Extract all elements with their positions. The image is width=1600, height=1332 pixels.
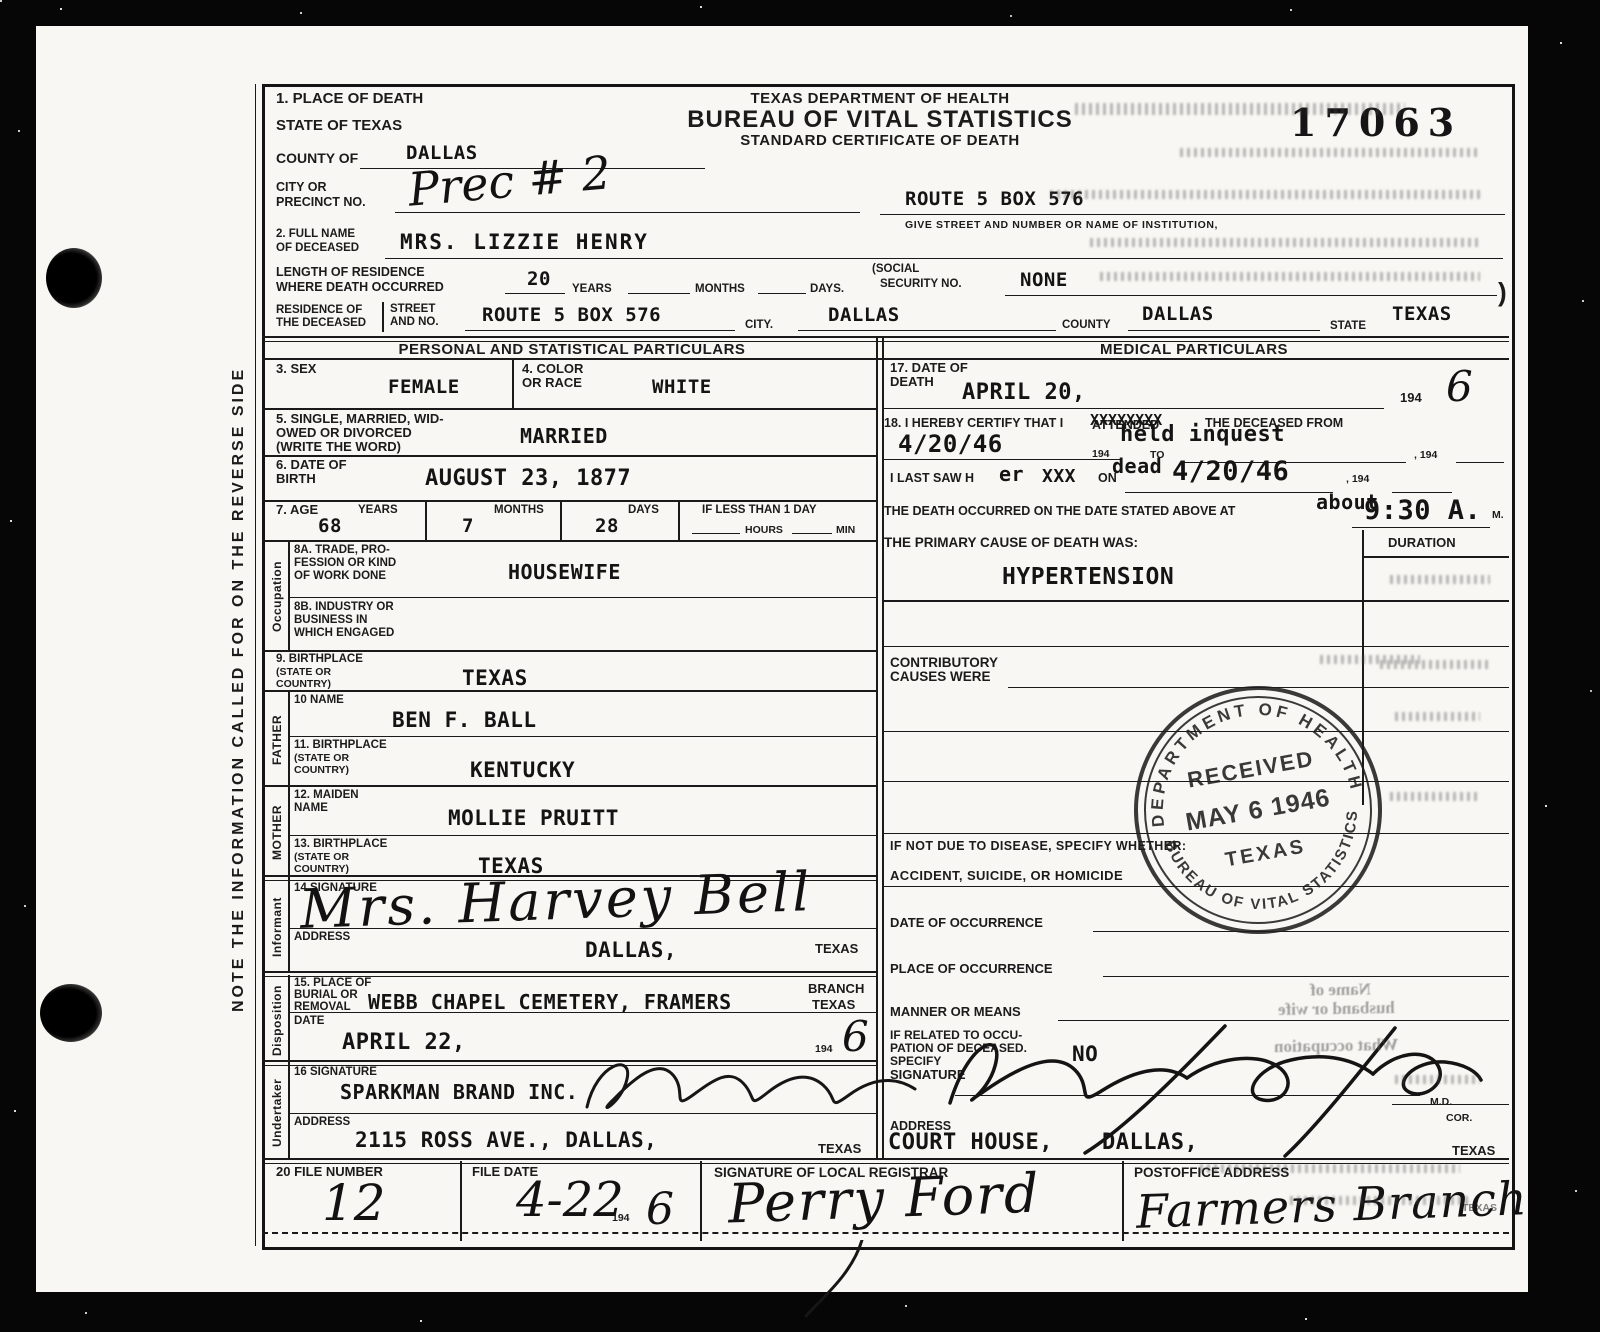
mother-name-label-2: NAME [294,802,328,815]
state2-label: STATE [1330,320,1366,333]
residence-length-label-2: WHERE DEATH OCCURRED [276,280,444,294]
fullname-value: MRS. LIZZIE HENRY [400,232,649,253]
mother-bp-label-3: COUNTRY) [294,863,349,875]
burial-value-2: BRANCH [808,982,864,997]
cause-value: HYPERTENSION [1002,566,1174,589]
father-bp-label-3: COUNTRY) [294,764,349,776]
sex-value: FEMALE [388,378,460,397]
cause-label: THE PRIMARY CAUSE OF DEATH WAS: [884,535,1138,551]
ssn-value: NONE [1020,271,1068,290]
state2-value: TEXAS [1392,305,1452,324]
route-hint: GIVE STREET AND NUMBER OR NAME OF INSTIT… [905,219,1218,231]
age-div-3 [678,500,680,540]
hours-rule [692,533,740,534]
file-date-year-hand: 6 [646,1188,674,1232]
contributory-label-2: CAUSES WERE [890,669,991,685]
father-name-value: BEN F. BALL [392,710,537,731]
scan-noise [1395,1075,1480,1084]
city-rule [395,212,860,213]
year3-rule [1392,492,1452,493]
occ-8a-label-1: 8A. TRADE, PRO- [294,544,390,557]
occurred-time: 9:30 A. [1364,497,1481,524]
scan-noise [1200,1164,1460,1173]
md-rule [1392,1104,1509,1105]
row8a-rule [288,597,876,598]
sex-label: 3. SEX [276,362,316,377]
year-small-1: 194 [1092,448,1110,460]
age-days-value: 28 [595,517,619,536]
undertaker-name: SPARKMAN BRAND INC. [340,1082,578,1102]
dob-value: AUGUST 23, 1877 [425,468,631,490]
less-than-day-label: IF LESS THAN 1 DAY [702,504,817,517]
year-small-2: , 194 [1414,449,1437,461]
city-label-2: PRECINCT NO. [276,195,366,209]
date-of-death-label-2: DEATH [890,375,934,390]
years-label: YEARS [572,283,612,296]
undertaker-addr-value: 2115 ROSS AVE., DALLAS, [355,1130,657,1151]
punch-hole-bottom [40,984,102,1042]
file-date-year-printed: 194 [612,1212,630,1224]
birthplace-label-3: COUNTRY) [276,678,331,690]
reverse-side-note: NOTE THE INFORMATION CALLED FOR ON THE R… [230,367,248,1012]
age-months-value: 7 [462,517,474,536]
md-label: M.D. [1430,1096,1452,1108]
informant-sidebar-label: Informant [270,897,284,957]
residence-label-2: THE DECEASED [276,317,366,330]
father-bp-label-2: (STATE OR [294,752,349,764]
residence-brace [382,302,384,332]
birthplace-value: TEXAS [462,668,528,689]
scan-noise [1390,575,1490,584]
mother-name-label-1: 12. MAIDEN [294,789,359,802]
filerow-div-3 [1122,1161,1124,1241]
scan-speckles [0,0,2,2]
inquest-value: held inquest [1120,424,1285,446]
lastsaw-label: I LAST SAW H [890,471,974,485]
scan-noise [1395,712,1480,721]
county2-value: DALLAS [1142,305,1214,324]
punch-hole-top [46,248,102,308]
state-of-texas-label: STATE OF TEXAS [276,117,402,134]
year2-rule [1456,462,1504,463]
hours-label: HOURS [745,524,783,536]
scanned-death-certificate: NOTE THE INFORMATION CALLED FOR ON THE R… [0,0,1600,1332]
row12-rule [288,835,876,836]
mother-bp-label-1: 13. BIRTHPLACE [294,838,387,851]
fullname-label-2: OF DECEASED [276,242,359,255]
undertaker-addr-state: TEXAS [818,1142,861,1157]
ssn-paren: ) [1498,278,1507,308]
row16-rule [288,1113,876,1114]
scan-noise [1390,792,1480,801]
place-occurrence-label: PLACE OF OCCURRENCE [890,962,1053,977]
undertaker-sig-label: 16 SIGNATURE [294,1066,377,1079]
registrar-signature: Perry Ford [727,1167,1041,1232]
undertaker-addr-label: ADDRESS [294,1116,350,1129]
city2-rule [798,330,1056,331]
dob-label-2: BIRTH [276,472,316,487]
marital-value: MARRIED [520,426,608,446]
scan-noise [1180,148,1480,157]
year-small-3: , 194 [1346,473,1369,485]
from-rule [884,459,1120,460]
scan-noise [1100,272,1480,281]
min-rule [792,533,832,534]
occ-8b-label-2: BUSINESS IN [294,614,368,627]
occurred-label: THE DEATH OCCURRED ON THE DATE STATED AB… [884,504,1235,518]
section-header-rule [262,358,1509,360]
row14-rule [288,928,876,929]
physician-addr-state: TEXAS [1452,1144,1495,1159]
age-div-2 [560,500,562,540]
residence-label-1: RESIDENCE OF [276,304,362,317]
place-occurrence-rule [1103,976,1509,977]
place-of-death-label: 1. PLACE OF DEATH [276,90,423,107]
row9-rule [262,690,876,692]
age-div-1 [425,500,427,540]
row8b-rule [262,650,876,652]
scan-noise [1090,238,1480,247]
row6-rule [262,500,876,502]
row7-rule [262,540,876,542]
physician-addr-value: COURT HOUSE, [888,1132,1053,1154]
min-label: MIN [836,524,855,536]
fullname-label-1: 2. FULL NAME [276,228,355,241]
street-rule [465,330,735,331]
age-years-value: 68 [318,517,342,536]
ssn-rule [1005,295,1497,296]
street-value: ROUTE 5 BOX 576 [482,306,661,325]
lastsaw-er: er [999,464,1024,484]
mother-name-value: MOLLIE PRUITT [448,808,619,829]
cause-rule-2 [884,646,1509,647]
date-of-death-value: APRIL 20, [962,382,1086,404]
scan-noise [1075,103,1405,115]
county2-rule [1128,330,1320,331]
row5-rule [262,455,876,457]
burial-date-value: APRIL 22, [342,1032,466,1054]
form-border-outer-line [255,84,256,1246]
row4-rule [262,408,876,410]
marital-label-3: (WRITE THE WORD) [276,440,401,455]
fullname-rule [385,258,1503,259]
lastsaw-on-label: ON [1098,471,1117,485]
occurred-time-m: M. [1492,509,1504,521]
accident-label: ACCIDENT, SUICIDE, OR HOMICIDE [890,869,1123,884]
certificate-title: STANDARD CERTIFICATE OF DEATH [640,132,1120,149]
city-label-1: CITY OR [276,180,326,194]
file-number-value: 12 [322,1178,386,1228]
mother-sidebar-label: MOTHER [270,805,284,860]
burial-value: WEBB CHAPEL CEMETERY, FRAMERS [368,992,732,1012]
birthplace-label-1: 9. BIRTHPLACE [276,653,363,666]
burial-date-label: DATE [294,1015,324,1028]
age-years-label: YEARS [358,504,398,517]
registrar-signature-descender [800,1240,890,1328]
county2-label: COUNTY [1062,319,1111,332]
scan-noise [1050,190,1480,199]
father-bp-value: KENTUCKY [470,760,575,781]
row15-rule [288,1012,876,1013]
occ-8b-label-1: 8B. INDUSTRY OR [294,601,394,614]
occ-8b-label-3: WHICH ENGAGED [294,627,394,640]
father-sidebar-label: FATHER [270,715,284,765]
center-divider [876,336,884,1158]
occ-8a-label-2: FESSION OR KIND [294,557,396,570]
years-rule [505,293,565,294]
attended-from-date: 4/20/46 [898,432,1003,456]
ssn-label-2: SECURITY NO. [880,278,962,291]
dod-year-printed: 194 [1400,391,1422,406]
city2-label: CITY. [745,319,773,332]
scan-noise [1320,655,1420,664]
father-name-label: 10 NAME [294,694,344,707]
mother-bp-label-2: (STATE OR [294,851,349,863]
scan-noise [1290,1196,1470,1205]
cor-label: COR. [1446,1112,1472,1124]
days-rule [758,293,806,294]
stamp-received-text: RECEIVED [1185,746,1316,793]
residence-length-label-1: LENGTH OF RESIDENCE [276,265,425,279]
informant-addr-label: ADDRESS [294,931,350,944]
row11-rule [262,785,876,787]
stamp-texas-text: TEXAS [1224,835,1308,871]
months-rule [628,293,690,294]
lastsaw-strike-x: XXX [1042,468,1076,486]
father-bp-label-1: 11. BIRTHPLACE [294,739,387,752]
age-label: 7. AGE [276,503,318,518]
route-rule [880,214,1505,215]
color-label-2: OR RACE [522,376,582,391]
physician-addr-city: DALLAS, [1102,1132,1198,1154]
department-title: TEXAS DEPARTMENT OF HEALTH [640,90,1120,107]
bleedthrough-text-1: Name of [1310,979,1371,1000]
street-label-1: STREET [390,303,435,316]
cause-rule-1 [884,600,1509,602]
burial-state: TEXAS [812,998,855,1013]
filerow-div-1 [460,1161,462,1241]
occ-8a-value: HOUSEWIFE [508,562,621,582]
duration-rule [1362,556,1509,558]
row10-rule [288,736,876,737]
certify-label-1: 18. I HEREBY CERTIFY THAT I [884,416,1063,430]
undertaker-sidebar-label: Undertaker [270,1079,284,1147]
age-months-label: MONTHS [494,504,544,517]
residence-years-value: 20 [527,270,551,289]
received-stamp: DEPARTMENT OF HEALTH BUREAU OF VITAL STA… [1126,678,1390,942]
lastsaw-date: 4/20/46 [1172,458,1289,485]
birthplace-label-2: (STATE OR [276,666,331,678]
personal-section-header: PERSONAL AND STATISTICAL PARTICULARS [272,341,872,358]
street-label-2: AND NO. [390,316,439,329]
date-occurrence-label: DATE OF OCCURRENCE [890,916,1043,931]
county-label: COUNTY OF [276,150,358,166]
dead-value: dead [1112,456,1162,476]
bleedthrough-text-2: husband or wife [1278,998,1395,1020]
time-rule [1352,527,1490,528]
age-days-label: DAYS [628,504,659,517]
sex-color-divider [512,358,514,408]
dod-year-hand: 6 [1446,366,1473,408]
occ-8a-label-3: OF WORK DONE [294,570,386,583]
informant-addr-state: TEXAS [815,942,858,957]
bleedthrough-text-3: What occupation [1274,1035,1399,1057]
days-label: DAYS. [810,283,844,296]
color-value: WHITE [652,378,712,397]
disposition-sidebar-label: Disposition [270,985,284,1056]
stamp-date-text: MAY 6 1946 [1184,784,1333,837]
months-label: MONTHS [695,283,745,296]
dod-rule [884,408,1384,409]
informant-addr-value: DALLAS, [585,940,677,961]
city2-value: DALLAS [828,306,900,325]
lastsaw-rule [1125,492,1333,493]
filerow-div-2 [700,1161,702,1241]
duration-label: DURATION [1388,536,1456,551]
occupation-sidebar-label: Occupation [270,561,284,632]
file-date-value: 4-22 [516,1176,624,1224]
medical-section-header: MEDICAL PARTICULARS [884,341,1504,358]
ssn-label-1: (SOCIAL [872,263,919,276]
